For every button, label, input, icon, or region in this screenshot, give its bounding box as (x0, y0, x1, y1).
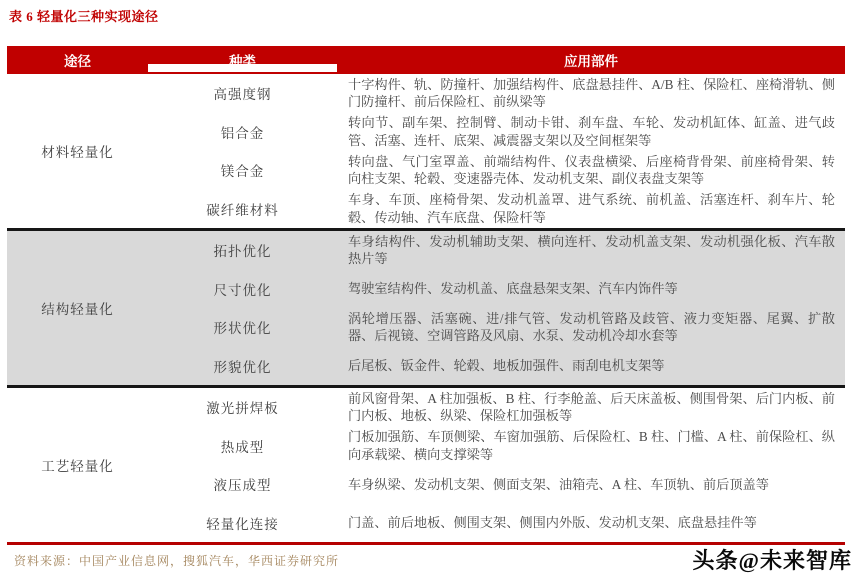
table-section: 工艺轻量化激光拼焊板前风窗骨架、A 柱加强板、B 柱、行李舱盖、后天床盖板、侧围… (7, 388, 845, 542)
parts-cell: 后尾板、钣金件、轮毂、地板加强件、雨刮电机支架等 (337, 347, 845, 386)
watermark: 头条@未来智库 (693, 544, 852, 575)
table-row: 铝合金转向节、副车架、控制臂、制动卡钳、刹车盘、车轮、发动机缸体、缸盖、进气歧管… (148, 113, 845, 152)
table-row: 碳纤维材料车身、车顶、座椅骨架、发动机盖罩、进气系统、前机盖、活塞连杆、刹车片、… (148, 190, 845, 229)
header-cell-approach: 途径 (7, 50, 148, 70)
table-row: 尺寸优化驾驶室结构件、发动机盖、底盘悬架支架、汽车内饰件等 (148, 270, 845, 309)
table-row: 热成型门板加强筋、车顶侧梁、车窗加强筋、后保险杠、B 柱、门槛、A 柱、前保险杠… (148, 427, 845, 466)
table-row: 形貌优化后尾板、钣金件、轮毂、地板加强件、雨刮电机支架等 (148, 347, 845, 386)
table-row: 拓扑优化车身结构件、发动机辅助支架、横向连杆、发动机盖支架、发动机强化板、汽车散… (148, 231, 845, 270)
table-row: 高强度钢十字构件、轨、防撞杆、加强结构件、底盘悬挂件、A/B 柱、保险杠、座椅滑… (148, 74, 845, 113)
section-rows: 拓扑优化车身结构件、发动机辅助支架、横向连杆、发动机盖支架、发动机强化板、汽车散… (148, 231, 845, 385)
type-cell: 轻量化连接 (148, 504, 337, 543)
type-cell: 热成型 (148, 427, 337, 466)
table-header-row: 途径 种类 应用部件 (7, 46, 845, 74)
type-cell: 形状优化 (148, 308, 337, 347)
table-section: 材料轻量化高强度钢十字构件、轨、防撞杆、加强结构件、底盘悬挂件、A/B 柱、保险… (7, 74, 845, 228)
lightweighting-table: 途径 种类 应用部件 材料轻量化高强度钢十字构件、轨、防撞杆、加强结构件、底盘悬… (7, 46, 845, 545)
section-rows: 高强度钢十字构件、轨、防撞杆、加强结构件、底盘悬挂件、A/B 柱、保险杠、座椅滑… (148, 74, 845, 228)
approach-cell: 材料轻量化 (7, 74, 148, 228)
type-cell: 尺寸优化 (148, 270, 337, 309)
header-cell-parts: 应用部件 (337, 50, 845, 70)
parts-cell: 十字构件、轨、防撞杆、加强结构件、底盘悬挂件、A/B 柱、保险杠、座椅滑轨、侧门… (337, 74, 845, 113)
parts-cell: 门板加强筋、车顶侧梁、车窗加强筋、后保险杠、B 柱、门槛、A 柱、前保险杠、纵向… (337, 427, 845, 466)
table-row: 液压成型车身纵梁、发动机支架、侧面支架、油箱壳、A 柱、车顶轨、前后顶盖等 (148, 465, 845, 504)
table-row: 轻量化连接门盖、前后地板、侧围支架、侧围内外版、发动机支架、底盘悬挂件等 (148, 504, 845, 543)
source-note: 资料来源：中国产业信息网，搜狐汽车，华西证券研究所 (14, 552, 339, 569)
table-section: 结构轻量化拓扑优化车身结构件、发动机辅助支架、横向连杆、发动机盖支架、发动机强化… (7, 228, 845, 388)
report-table-page: 表 6 轻量化三种实现途径 途径 种类 应用部件 材料轻量化高强度钢十字构件、轨… (0, 0, 855, 586)
type-cell: 高强度钢 (148, 74, 337, 113)
approach-cell: 工艺轻量化 (7, 388, 148, 542)
parts-cell: 转向节、副车架、控制臂、制动卡钳、刹车盘、车轮、发动机缸体、缸盖、进气歧管、活塞… (337, 113, 845, 152)
parts-cell: 驾驶室结构件、发动机盖、底盘悬架支架、汽车内饰件等 (337, 270, 845, 309)
type-cell: 液压成型 (148, 465, 337, 504)
type-cell: 碳纤维材料 (148, 190, 337, 229)
type-cell: 镁合金 (148, 151, 337, 190)
parts-cell: 车身、车顶、座椅骨架、发动机盖罩、进气系统、前机盖、活塞连杆、刹车片、轮毂、传动… (337, 190, 845, 229)
parts-cell: 前风窗骨架、A 柱加强板、B 柱、行李舱盖、后天床盖板、侧围骨架、后门内板、前门… (337, 388, 845, 427)
section-rows: 激光拼焊板前风窗骨架、A 柱加强板、B 柱、行李舱盖、后天床盖板、侧围骨架、后门… (148, 388, 845, 542)
approach-cell: 结构轻量化 (7, 231, 148, 385)
parts-cell: 门盖、前后地板、侧围支架、侧围内外版、发动机支架、底盘悬挂件等 (337, 504, 845, 543)
table-title: 表 6 轻量化三种实现途径 (9, 6, 159, 25)
type-cell: 激光拼焊板 (148, 388, 337, 427)
table-row: 激光拼焊板前风窗骨架、A 柱加强板、B 柱、行李舱盖、后天床盖板、侧围骨架、后门… (148, 388, 845, 427)
parts-cell: 涡轮增压器、活塞碗、进/排气管、发动机管路及歧管、液力变矩器、尾翼、扩散器、后视… (337, 308, 845, 347)
parts-cell: 转向盘、气门室罩盖、前端结构件、仪表盘横梁、后座椅背骨架、前座椅骨架、转向柱支架… (337, 151, 845, 190)
type-cell: 形貌优化 (148, 347, 337, 386)
parts-cell: 车身纵梁、发动机支架、侧面支架、油箱壳、A 柱、车顶轨、前后顶盖等 (337, 465, 845, 504)
type-cell: 铝合金 (148, 113, 337, 152)
parts-cell: 车身结构件、发动机辅助支架、横向连杆、发动机盖支架、发动机强化板、汽车散热片等 (337, 231, 845, 270)
table-body: 材料轻量化高强度钢十字构件、轨、防撞杆、加强结构件、底盘悬挂件、A/B 柱、保险… (7, 74, 845, 542)
table-row: 镁合金转向盘、气门室罩盖、前端结构件、仪表盘横梁、后座椅背骨架、前座椅骨架、转向… (148, 151, 845, 190)
table-row: 形状优化涡轮增压器、活塞碗、进/排气管、发动机管路及歧管、液力变矩器、尾翼、扩散… (148, 308, 845, 347)
type-cell: 拓扑优化 (148, 231, 337, 270)
header-underline-notch (148, 64, 337, 72)
